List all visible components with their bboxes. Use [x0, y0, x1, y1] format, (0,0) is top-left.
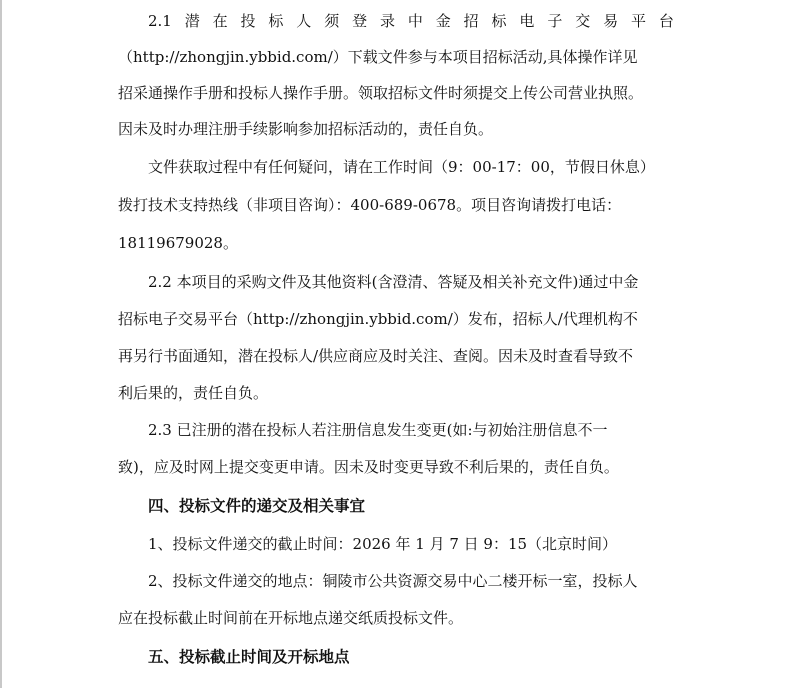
hotline-line-3: 18119679028。 [118, 231, 238, 255]
spaced-char: 招 [464, 9, 479, 33]
paragraph-2-1-line-2: （http://zhongjin.ybbid.com/）下载文件参与本项目招标活… [118, 45, 638, 69]
section-4-heading: 四、投标文件的递交及相关事宜 [148, 494, 365, 518]
paragraph-2-1-line-1: 2.1潜在投标人须登录中金招标电子交易平台 [148, 9, 674, 33]
spaced-char: 电 [519, 9, 534, 33]
spaced-char: 平 [631, 9, 646, 33]
hotline-line-1: 文件获取过程中有任何疑问，请在工作时间（9：00-17：00，节假日休息） [148, 155, 655, 179]
paragraph-2-2-line-4: 利后果的，责任自负。 [118, 381, 268, 405]
spaced-char: 投 [241, 9, 256, 33]
spaced-char: 须 [324, 9, 339, 33]
section-4-item-2-line-2: 应在投标截止时间前在开标地点递交纸质投标文件。 [118, 606, 463, 630]
section-5-heading: 五、投标截止时间及开标地点 [148, 645, 350, 669]
hotline-line-2: 拨打技术支持热线（非项目咨询）：400-689-0678。项目咨询请拨打电话： [118, 193, 621, 217]
spaced-char: 登 [352, 9, 367, 33]
spaced-char: 交 [575, 9, 590, 33]
page-left-border [0, 0, 2, 688]
spaced-char: 子 [547, 9, 562, 33]
spaced-char: 标 [492, 9, 507, 33]
section-4-item-2-line-1: 2、投标文件递交的地点：铜陵市公共资源交易中心二楼开标一室，投标人 [148, 569, 638, 593]
paragraph-2-3-line-2: 致)，应及时网上提交变更申请。因未及时变更导致不利后果的，责任自负。 [118, 455, 619, 479]
spaced-char: 在 [213, 9, 228, 33]
spaced-char: 潜 [185, 9, 200, 33]
paragraph-2-2-line-2: 招标电子交易平台（http://zhongjin.ybbid.com/）发布，招… [118, 307, 638, 331]
spaced-char: 金 [436, 9, 451, 33]
spaced-char: 易 [603, 9, 618, 33]
spaced-char: 中 [408, 9, 423, 33]
paragraph-2-2-line-1: 2.2 本项目的采购文件及其他资料(含澄清、答疑及相关补充文件)通过中金 [148, 270, 638, 294]
spaced-char: 标 [268, 9, 283, 33]
spaced-char: 2.1 [148, 9, 172, 33]
paragraph-2-3-line-1: 2.3 已注册的潜在投标人若注册信息发生变更(如:与初始注册信息不一 [148, 418, 608, 442]
spaced-char: 台 [659, 9, 674, 33]
paragraph-2-1-line-4: 因未及时办理注册手续影响参加招标活动的，责任自负。 [118, 117, 493, 141]
spaced-char: 录 [380, 9, 395, 33]
spaced-char: 人 [296, 9, 311, 33]
section-4-item-1: 1、投标文件递交的截止时间：2026 年 1 月 7 日 9：15（北京时间） [148, 532, 617, 556]
paragraph-2-1-line-3: 招采通操作手册和投标人操作手册。领取招标文件时须提交上传公司营业执照。 [118, 81, 643, 105]
paragraph-2-2-line-3: 再另行书面通知，潜在投标人/供应商应及时关注、查阅。因未及时查看导致不 [118, 344, 633, 368]
